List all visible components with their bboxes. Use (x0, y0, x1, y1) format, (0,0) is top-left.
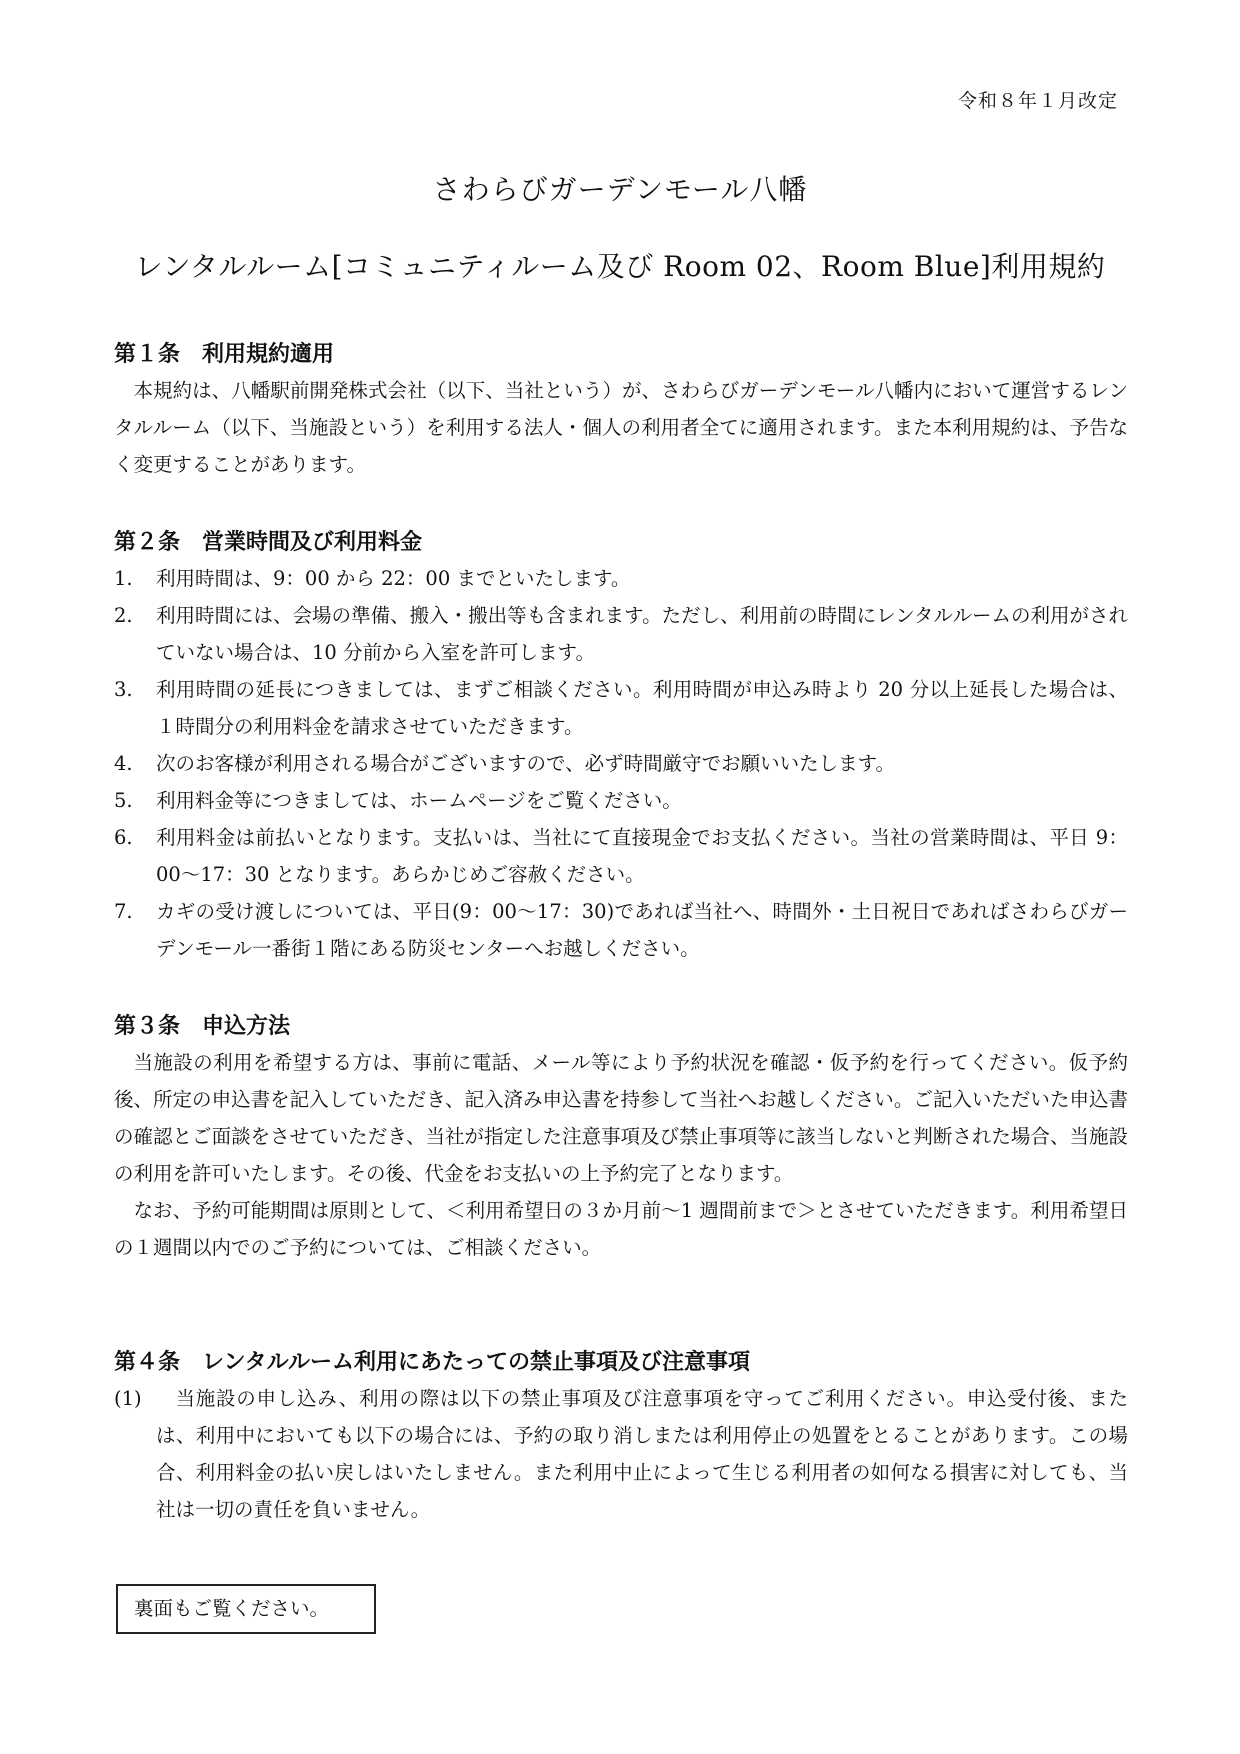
article-1: 第１条 利用規約適用 本規約は、八幡駅前開発株式会社（以下、当社という）が、さわ… (114, 338, 1128, 483)
list-item: 7.カギの受け渡しについては、平日(9：00～17：30)であれば当社へ、時間外… (114, 893, 1128, 967)
article-4: 第４条 レンタルルーム利用にあたっての禁止事項及び注意事項 (1) 当施設の申し… (114, 1346, 1128, 1528)
item-text: 利用料金等につきましては、ホームページをご覧ください。 (156, 789, 682, 812)
item-text: 利用料金は前払いとなります。支払いは、当社にて直接現金でお支払ください。当社の営… (156, 826, 1128, 886)
document-page: 令和８年１月改定 さわらびガーデンモール八幡 レンタルルーム[コミュニティルーム… (0, 0, 1240, 1754)
item-text: カギの受け渡しについては、平日(9：00～17：30)であれば当社へ、時間外・土… (156, 900, 1128, 960)
item-number: 7. (114, 893, 133, 930)
item-number: 2. (114, 597, 133, 634)
article-heading: 第３条 申込方法 (114, 1010, 1128, 1044)
see-reverse-note: 裏面もご覧ください。 (116, 1584, 376, 1634)
list-item: 2.利用時間には、会場の準備、搬入・搬出等も含まれます。ただし、利用前の時間にレ… (114, 597, 1128, 671)
item-text: 利用時間には、会場の準備、搬入・搬出等も含まれます。ただし、利用前の時間にレンタ… (156, 604, 1128, 664)
document-subtitle: レンタルルーム[コミュニティルーム及び Room 02、Room Blue]利用… (0, 245, 1240, 285)
article-heading: 第１条 利用規約適用 (114, 338, 1128, 372)
document-title: さわらびガーデンモール八幡 (0, 168, 1240, 208)
list-item: 1.利用時間は、9：00 から 22：00 までといたします。 (114, 560, 1128, 597)
article-heading: 第２条 営業時間及び利用料金 (114, 526, 1128, 560)
list-item: 4.次のお客様が利用される場合がございますので、必ず時間厳守でお願いいたします。 (114, 745, 1128, 782)
article-paragraph: 当施設の利用を希望する方は、事前に電話、メール等により予約状況を確認・仮予約を行… (114, 1044, 1128, 1192)
revision-date: 令和８年１月改定 (958, 86, 1118, 113)
item-text: 利用時間の延長につきましては、まずご相談ください。利用時間が申込み時より 20 … (156, 678, 1128, 738)
article-2: 第２条 営業時間及び利用料金 1.利用時間は、9：00 から 22：00 までと… (114, 526, 1128, 967)
article-heading: 第４条 レンタルルーム利用にあたっての禁止事項及び注意事項 (114, 1346, 1128, 1380)
article-paragraph: なお、予約可能期間は原則として、＜利用希望日の３か月前～1 週間前まで＞とさせて… (114, 1192, 1128, 1266)
list-item: 6.利用料金は前払いとなります。支払いは、当社にて直接現金でお支払ください。当社… (114, 819, 1128, 893)
list-item: 3.利用時間の延長につきましては、まずご相談ください。利用時間が申込み時より 2… (114, 671, 1128, 745)
item-number: (1) (114, 1380, 142, 1417)
list-item: 5.利用料金等につきましては、ホームページをご覧ください。 (114, 782, 1128, 819)
item-text: 利用時間は、9：00 から 22：00 までといたします。 (156, 567, 630, 590)
article-item-list: 1.利用時間は、9：00 から 22：00 までといたします。 2.利用時間には… (114, 560, 1128, 967)
item-number: 5. (114, 782, 133, 819)
item-number: 6. (114, 819, 133, 856)
list-item: (1) 当施設の申し込み、利用の際は以下の禁止事項及び注意事項を守ってご利用くだ… (114, 1380, 1128, 1528)
item-number: 4. (114, 745, 133, 782)
item-number: 1. (114, 560, 133, 597)
item-number: 3. (114, 671, 133, 708)
item-text: 当施設の申し込み、利用の際は以下の禁止事項及び注意事項を守ってご利用ください。申… (156, 1380, 1128, 1528)
article-paragraph: 本規約は、八幡駅前開発株式会社（以下、当社という）が、さわらびガーデンモール八幡… (114, 372, 1128, 483)
item-text: 次のお客様が利用される場合がございますので、必ず時間厳守でお願いいたします。 (156, 752, 895, 775)
article-3: 第３条 申込方法 当施設の利用を希望する方は、事前に電話、メール等により予約状況… (114, 1010, 1128, 1266)
